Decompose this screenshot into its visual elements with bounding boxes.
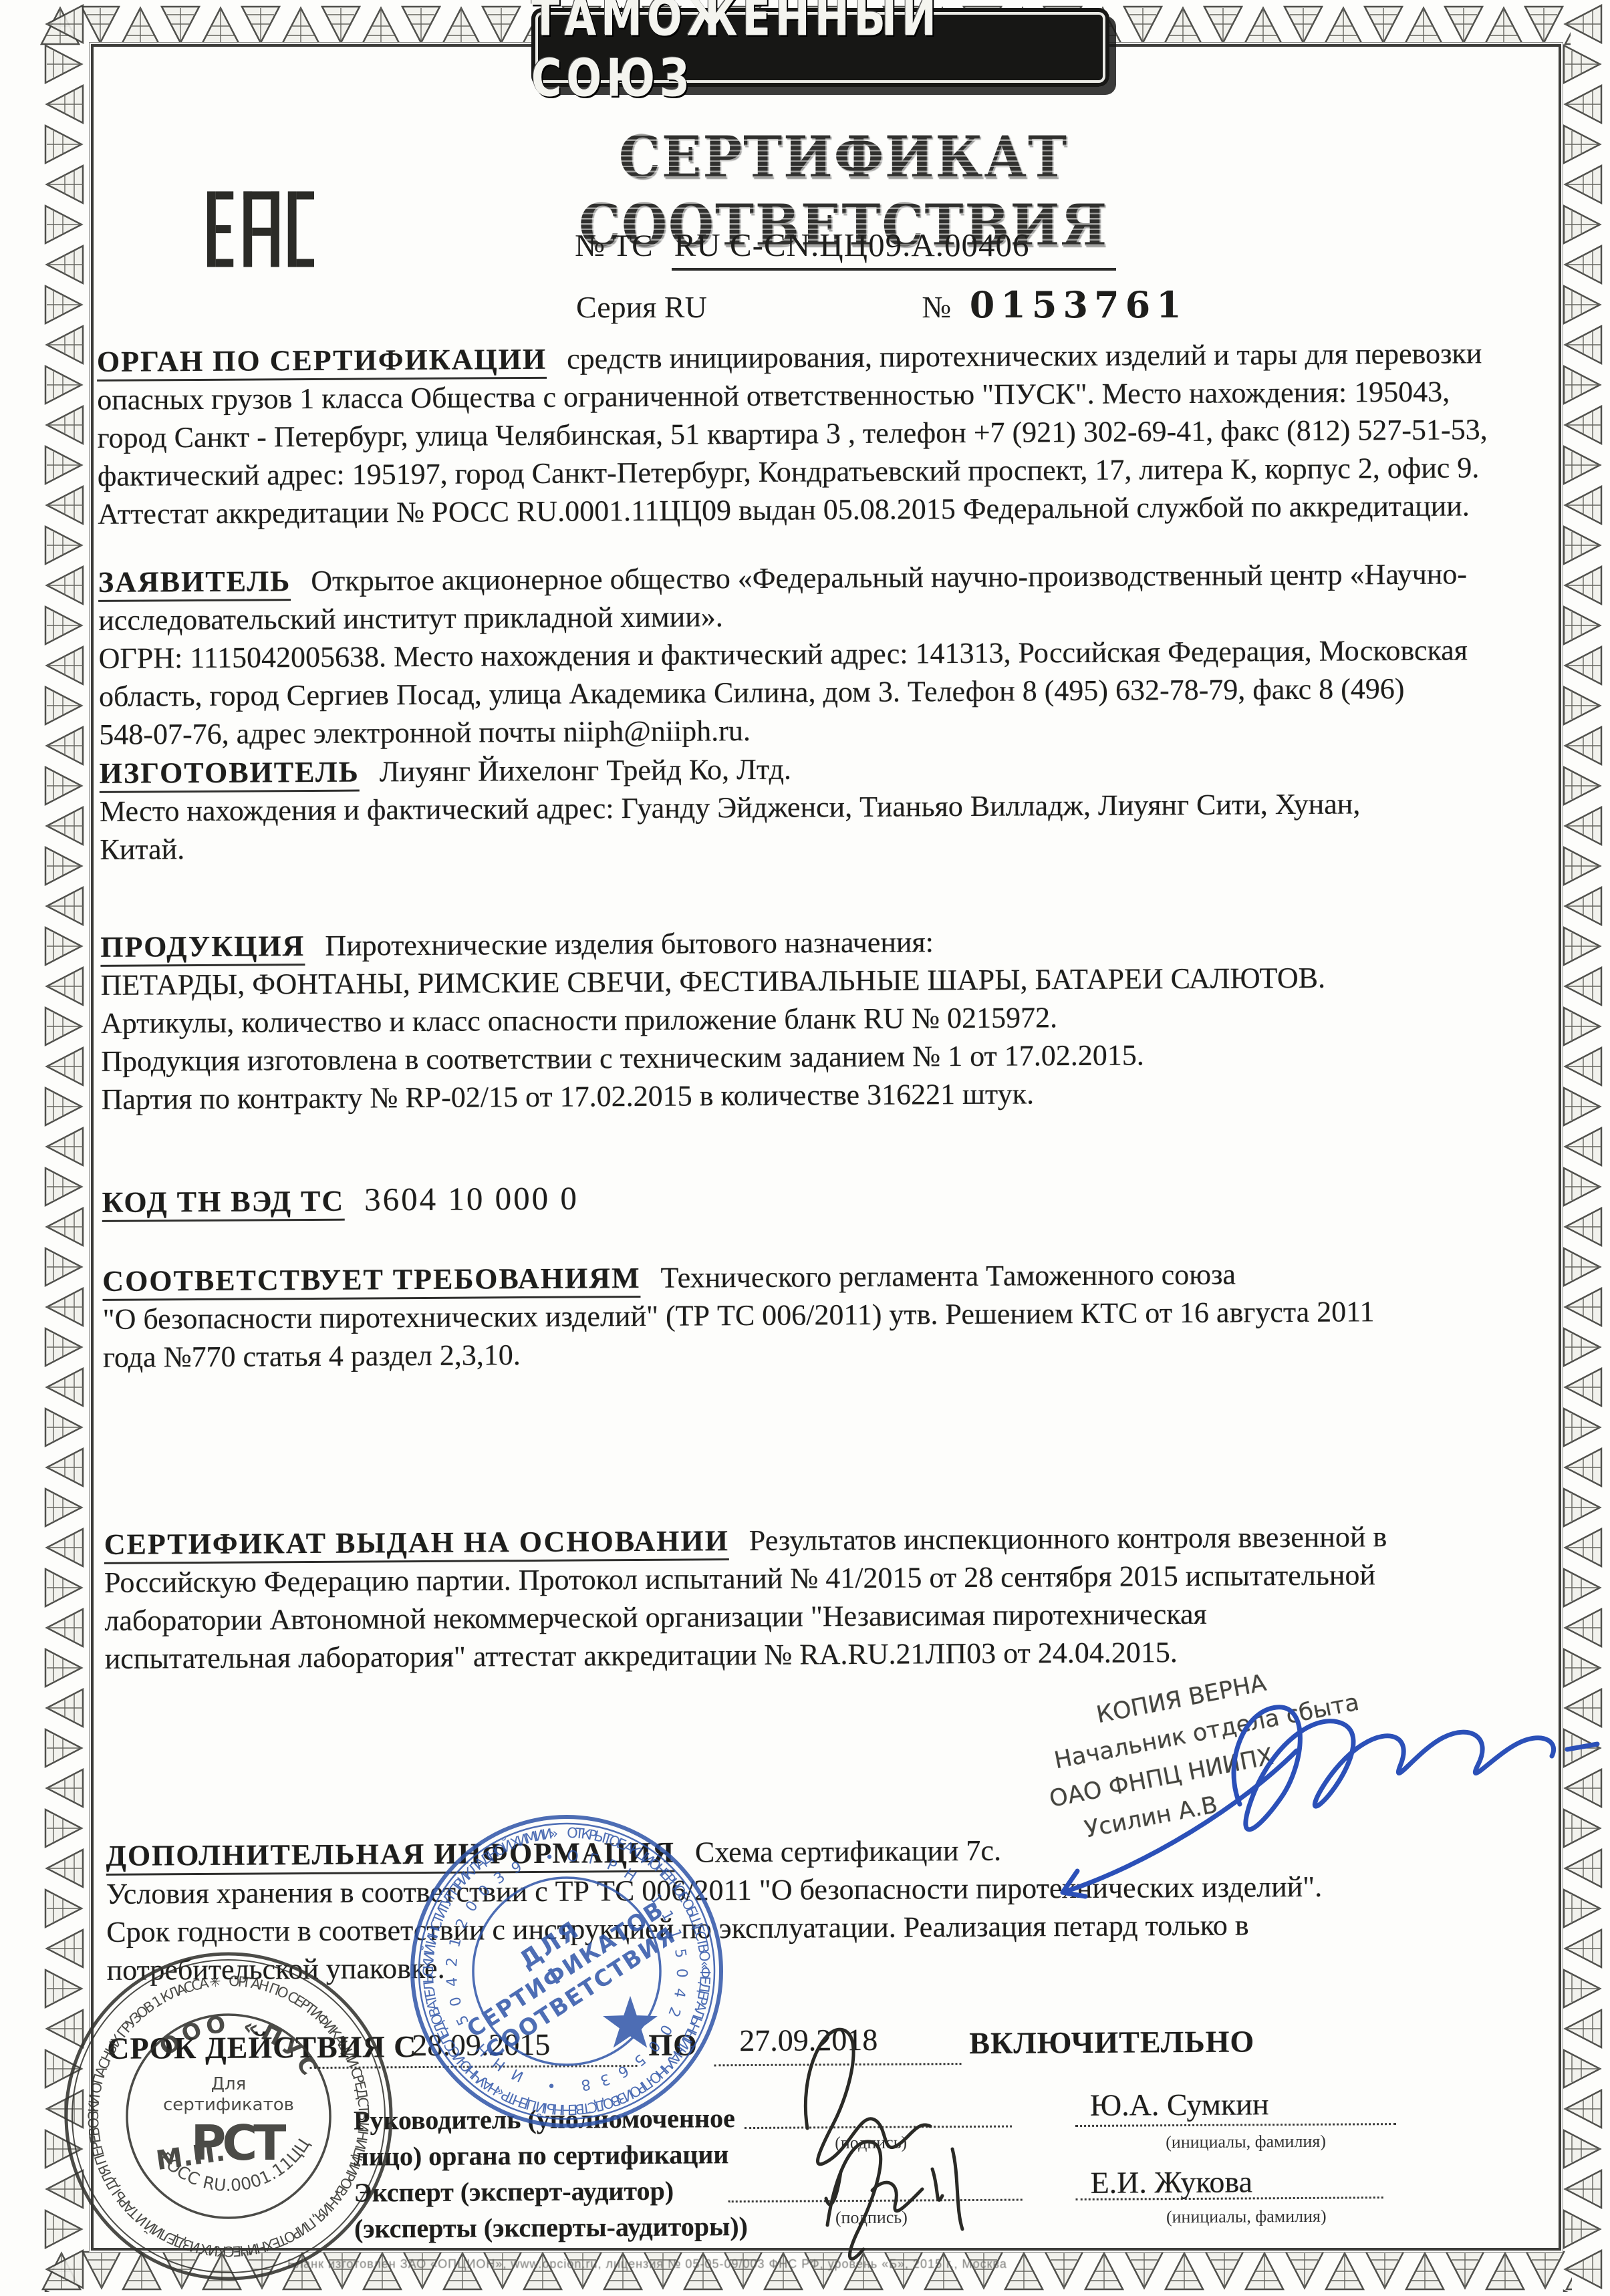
expert-signature-caption: (подпись) — [835, 2208, 908, 2229]
expert-signature-line — [728, 2168, 1022, 2203]
section-applicant-lead: Открытое акционерное общество «Федеральн… — [311, 557, 1467, 597]
section-products-lead: Пиротехнические изделия бытового назначе… — [325, 925, 934, 962]
section-complies-lead: Технического регламента Таможенного союз… — [660, 1258, 1236, 1294]
customs-union-banner: ТАМОЖЕННЫЙ СОЮЗ — [531, 8, 1109, 87]
section-certification-body: ОРГАН ПО СЕРТИФИКАЦИИсредств инициирован… — [97, 333, 1572, 533]
section-issued-basis-heading: СЕРТИФИКАТ ВЫДАН НА ОСНОВАНИИ — [104, 1524, 729, 1564]
section-complies-with: СООТВЕТСТВУЕТ ТРЕБОВАНИЯМТехнического ре… — [102, 1253, 1577, 1376]
section-products-heading: ПРОДУКЦИЯ — [100, 929, 305, 967]
blue-ink-signature — [962, 1644, 1610, 1938]
form-footer-fineprint: Бланк изготовлен ЗАО «ОПЦИОН», www.opcio… — [287, 2257, 1330, 2271]
section-products-text: ПЕТАРДЫ, ФОНТАНЫ, РИМСКИЕ СВЕЧИ, ФЕСТИВА… — [100, 957, 1575, 1118]
validity-inclusive-label: ВКЛЮЧИТЕЛЬНО — [969, 2023, 1254, 2061]
expert-label: Эксперт (эксперт-аудитор) (эксперты (экс… — [354, 2172, 749, 2247]
black-stamp-center-line2: сертификатов — [163, 2095, 294, 2115]
tnved-code-value: 3604 10 000 0 — [364, 1180, 579, 1218]
section-applicant-text: исследовательский институт прикладной хи… — [98, 592, 1573, 753]
section-applicant-heading: ЗАЯВИТЕЛЬ — [98, 565, 291, 602]
section-manufacturer-heading: ИЗГОТОВИТЕЛЬ — [100, 756, 360, 793]
section-products: ПРОДУКЦИЯПиротехнические изделия бытовог… — [100, 919, 1575, 1118]
validity-to-date: 27.09.2018 — [739, 2022, 878, 2058]
section-complies-heading: СООТВЕТСТВУЕТ ТРЕБОВАНИЯМ — [102, 1262, 641, 1301]
section-certification-body-lead: средств инициирования, пиротехнических и… — [567, 337, 1482, 375]
section-manufacturer-text: Место нахождения и фактический адрес: Гу… — [100, 783, 1574, 868]
head-name-caption: (инициалы, фамилия) — [1166, 2132, 1326, 2152]
section-additional-info-lead: Схема сертификации 7с. — [695, 1834, 1001, 1869]
head-signature-caption: (подпись) — [835, 2133, 907, 2154]
section-applicant: ЗАЯВИТЕЛЬОткрытое акционерное общество «… — [98, 554, 1573, 753]
banner-text: ТАМОЖЕННЫЙ СОЮЗ — [531, 0, 1109, 108]
section-tnved-code: КОД ТН ВЭД ТС3604 10 000 0 — [102, 1173, 1575, 1221]
head-name-line — [1075, 2091, 1396, 2127]
black-round-stamp: ОРГАН ПО СЕРТИФИКАЦИИ СРЕДСТВ ИНИЦИИРОВА… — [55, 1939, 402, 2293]
blue-round-stamp: ОТКРЫТОЕ АКЦИОНЕРНОЕ ОБЩЕСТВО «ФЕДЕРАЛЬН… — [400, 1804, 734, 2138]
section-tnved-heading: КОД ТН ВЭД ТС — [102, 1185, 344, 1222]
section-manufacturer-lead: Лиуянг Йихелонг Трейд Ко, Лтд. — [380, 753, 791, 788]
section-issued-basis-lead: Результатов инспекционного контроля ввез… — [749, 1520, 1387, 1557]
section-certification-body-text: опасных грузов 1 класса Общества с огран… — [97, 372, 1571, 533]
certificate-page: { "header": { "banner": "ТАМОЖЕННЫЙ СОЮЗ… — [0, 0, 1610, 2296]
section-manufacturer: ИЗГОТОВИТЕЛЬЛиуянг Йихелонг Трейд Ко, Лт… — [100, 745, 1574, 868]
section-certification-body-heading: ОРГАН ПО СЕРТИФИКАЦИИ — [97, 343, 547, 382]
expert-name-line — [1075, 2166, 1383, 2200]
section-complies-text: "О безопасности пиротехнических изделий"… — [102, 1291, 1577, 1376]
expert-name-caption: (инициалы, фамилия) — [1166, 2206, 1327, 2227]
black-stamp-center-line1: Для — [211, 2074, 247, 2094]
head-signature-line — [745, 2094, 1012, 2129]
